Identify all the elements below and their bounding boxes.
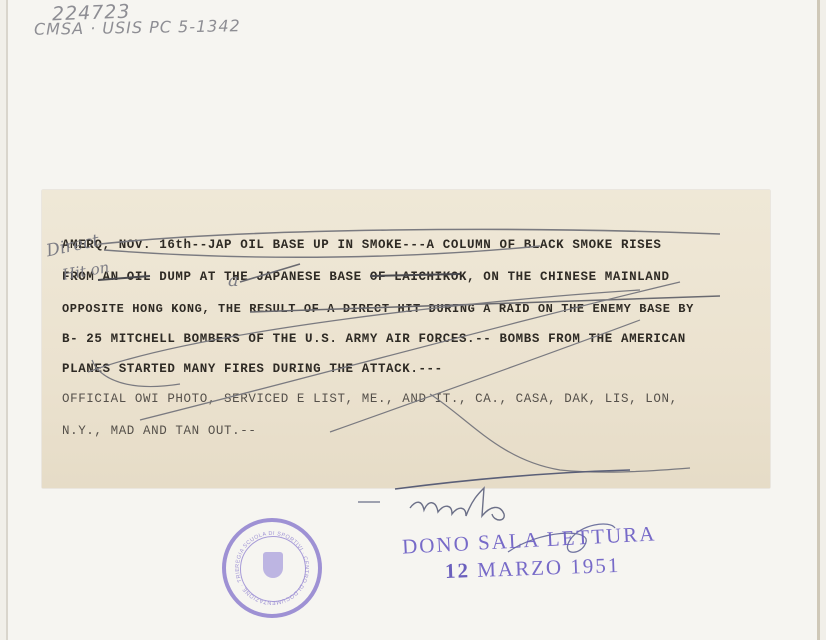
receipt-stamp-day: 12 <box>445 558 471 583</box>
seal-ring-text: REGIA SCUOLA DI SPORTIVI · CENTRO DI DOC… <box>226 522 318 614</box>
svg-text:REGIA SCUOLA DI SPORTIVI · CEN: REGIA SCUOLA DI SPORTIVI · CENTRO DI DOC… <box>226 522 309 605</box>
caption-line-5: PLANES STARTED MANY FIRES DURING THE ATT… <box>62 362 443 376</box>
caption-line-1: AMERQ, NOV. 16th--JAP OIL BASE UP IN SMO… <box>62 238 662 252</box>
caption-line-2: FROM AN OIL DUMP AT THE JAPANESE BASE OF… <box>62 270 670 284</box>
caption-line-3: OPPOSITE HONG KONG, THE RESULT OF A DIRE… <box>62 302 694 316</box>
receipt-stamp-month-year: MARZO 1951 <box>477 553 621 582</box>
archive-code: CMSA · USIS PC 5-1342 <box>34 16 241 39</box>
caption-line-4: B- 25 MITCHELL BOMBERS OF THE U.S. ARMY … <box>62 332 686 346</box>
caption-line-7: N.Y., MAD AND TAN OUT.-- <box>62 424 256 438</box>
caption-line-6: OFFICIAL OWI PHOTO, SERVICED E LIST, ME.… <box>62 392 678 406</box>
inline-correction-a: a <box>228 270 239 291</box>
institution-seal-stamp: REGIA SCUOLA DI SPORTIVI · CENTRO DI DOC… <box>222 518 322 618</box>
